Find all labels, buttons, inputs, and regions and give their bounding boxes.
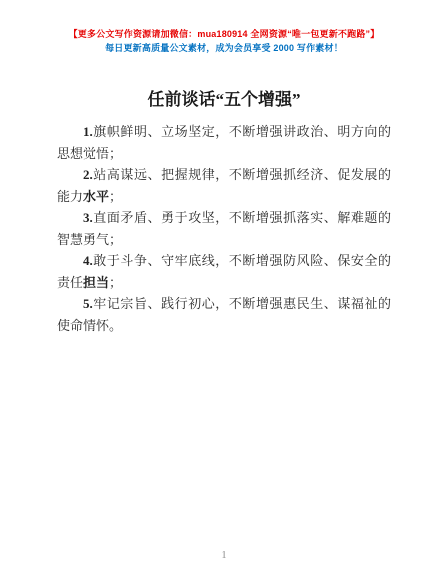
paragraph-text: 直面矛盾、勇于攻坚，不断增强抓落实、解难题的智慧勇气； [57, 210, 391, 247]
document-body: 1.旗帜鲜明、立场坚定，不断增强讲政治、明方向的思想觉悟； 2.站高谋远、把握规… [57, 121, 391, 336]
paragraph-bold-term: 水平 [83, 189, 109, 204]
paragraph-bold-term: 担当 [83, 275, 109, 290]
paragraph-number: 1. [83, 124, 93, 139]
body-paragraph: 4.敢于斗争、守牢底线，不断增强防风险、保安全的责任担当； [57, 250, 391, 293]
paragraph-text-tail: ； [109, 275, 122, 290]
paragraph-text-tail: ； [109, 189, 122, 204]
page-number: 1 [0, 550, 448, 561]
paragraph-number: 2. [83, 167, 93, 182]
document-title: 任前谈话“五个增强” [0, 88, 448, 112]
body-paragraph: 3.直面矛盾、勇于攻坚，不断增强抓落实、解难题的智慧勇气； [57, 207, 391, 250]
promo-line-red: 【更多公文写作资源请加微信：mua180914 全网资源“唯一包更新不跑路”】 [0, 27, 448, 41]
promo-header: 【更多公文写作资源请加微信：mua180914 全网资源“唯一包更新不跑路”】 … [0, 0, 448, 55]
body-paragraph: 1.旗帜鲜明、立场坚定，不断增强讲政治、明方向的思想觉悟； [57, 121, 391, 164]
paragraph-number: 5. [83, 296, 93, 311]
paragraph-text: 旗帜鲜明、立场坚定，不断增强讲政治、明方向的思想觉悟； [57, 124, 391, 161]
paragraph-number: 4. [83, 253, 93, 268]
paragraph-text: 牢记宗旨、践行初心，不断增强惠民生、谋福祉的使命情怀。 [57, 296, 391, 333]
body-paragraph: 5.牢记宗旨、践行初心，不断增强惠民生、谋福祉的使命情怀。 [57, 293, 391, 336]
document-page: 【更多公文写作资源请加微信：mua180914 全网资源“唯一包更新不跑路”】 … [0, 0, 448, 580]
paragraph-number: 3. [83, 210, 93, 225]
body-paragraph: 2.站高谋远、把握规律，不断增强抓经济、促发展的能力水平； [57, 164, 391, 207]
promo-line-blue: 每日更新高质量公文素材，成为会员享受 2000 写作素材！ [0, 41, 448, 55]
